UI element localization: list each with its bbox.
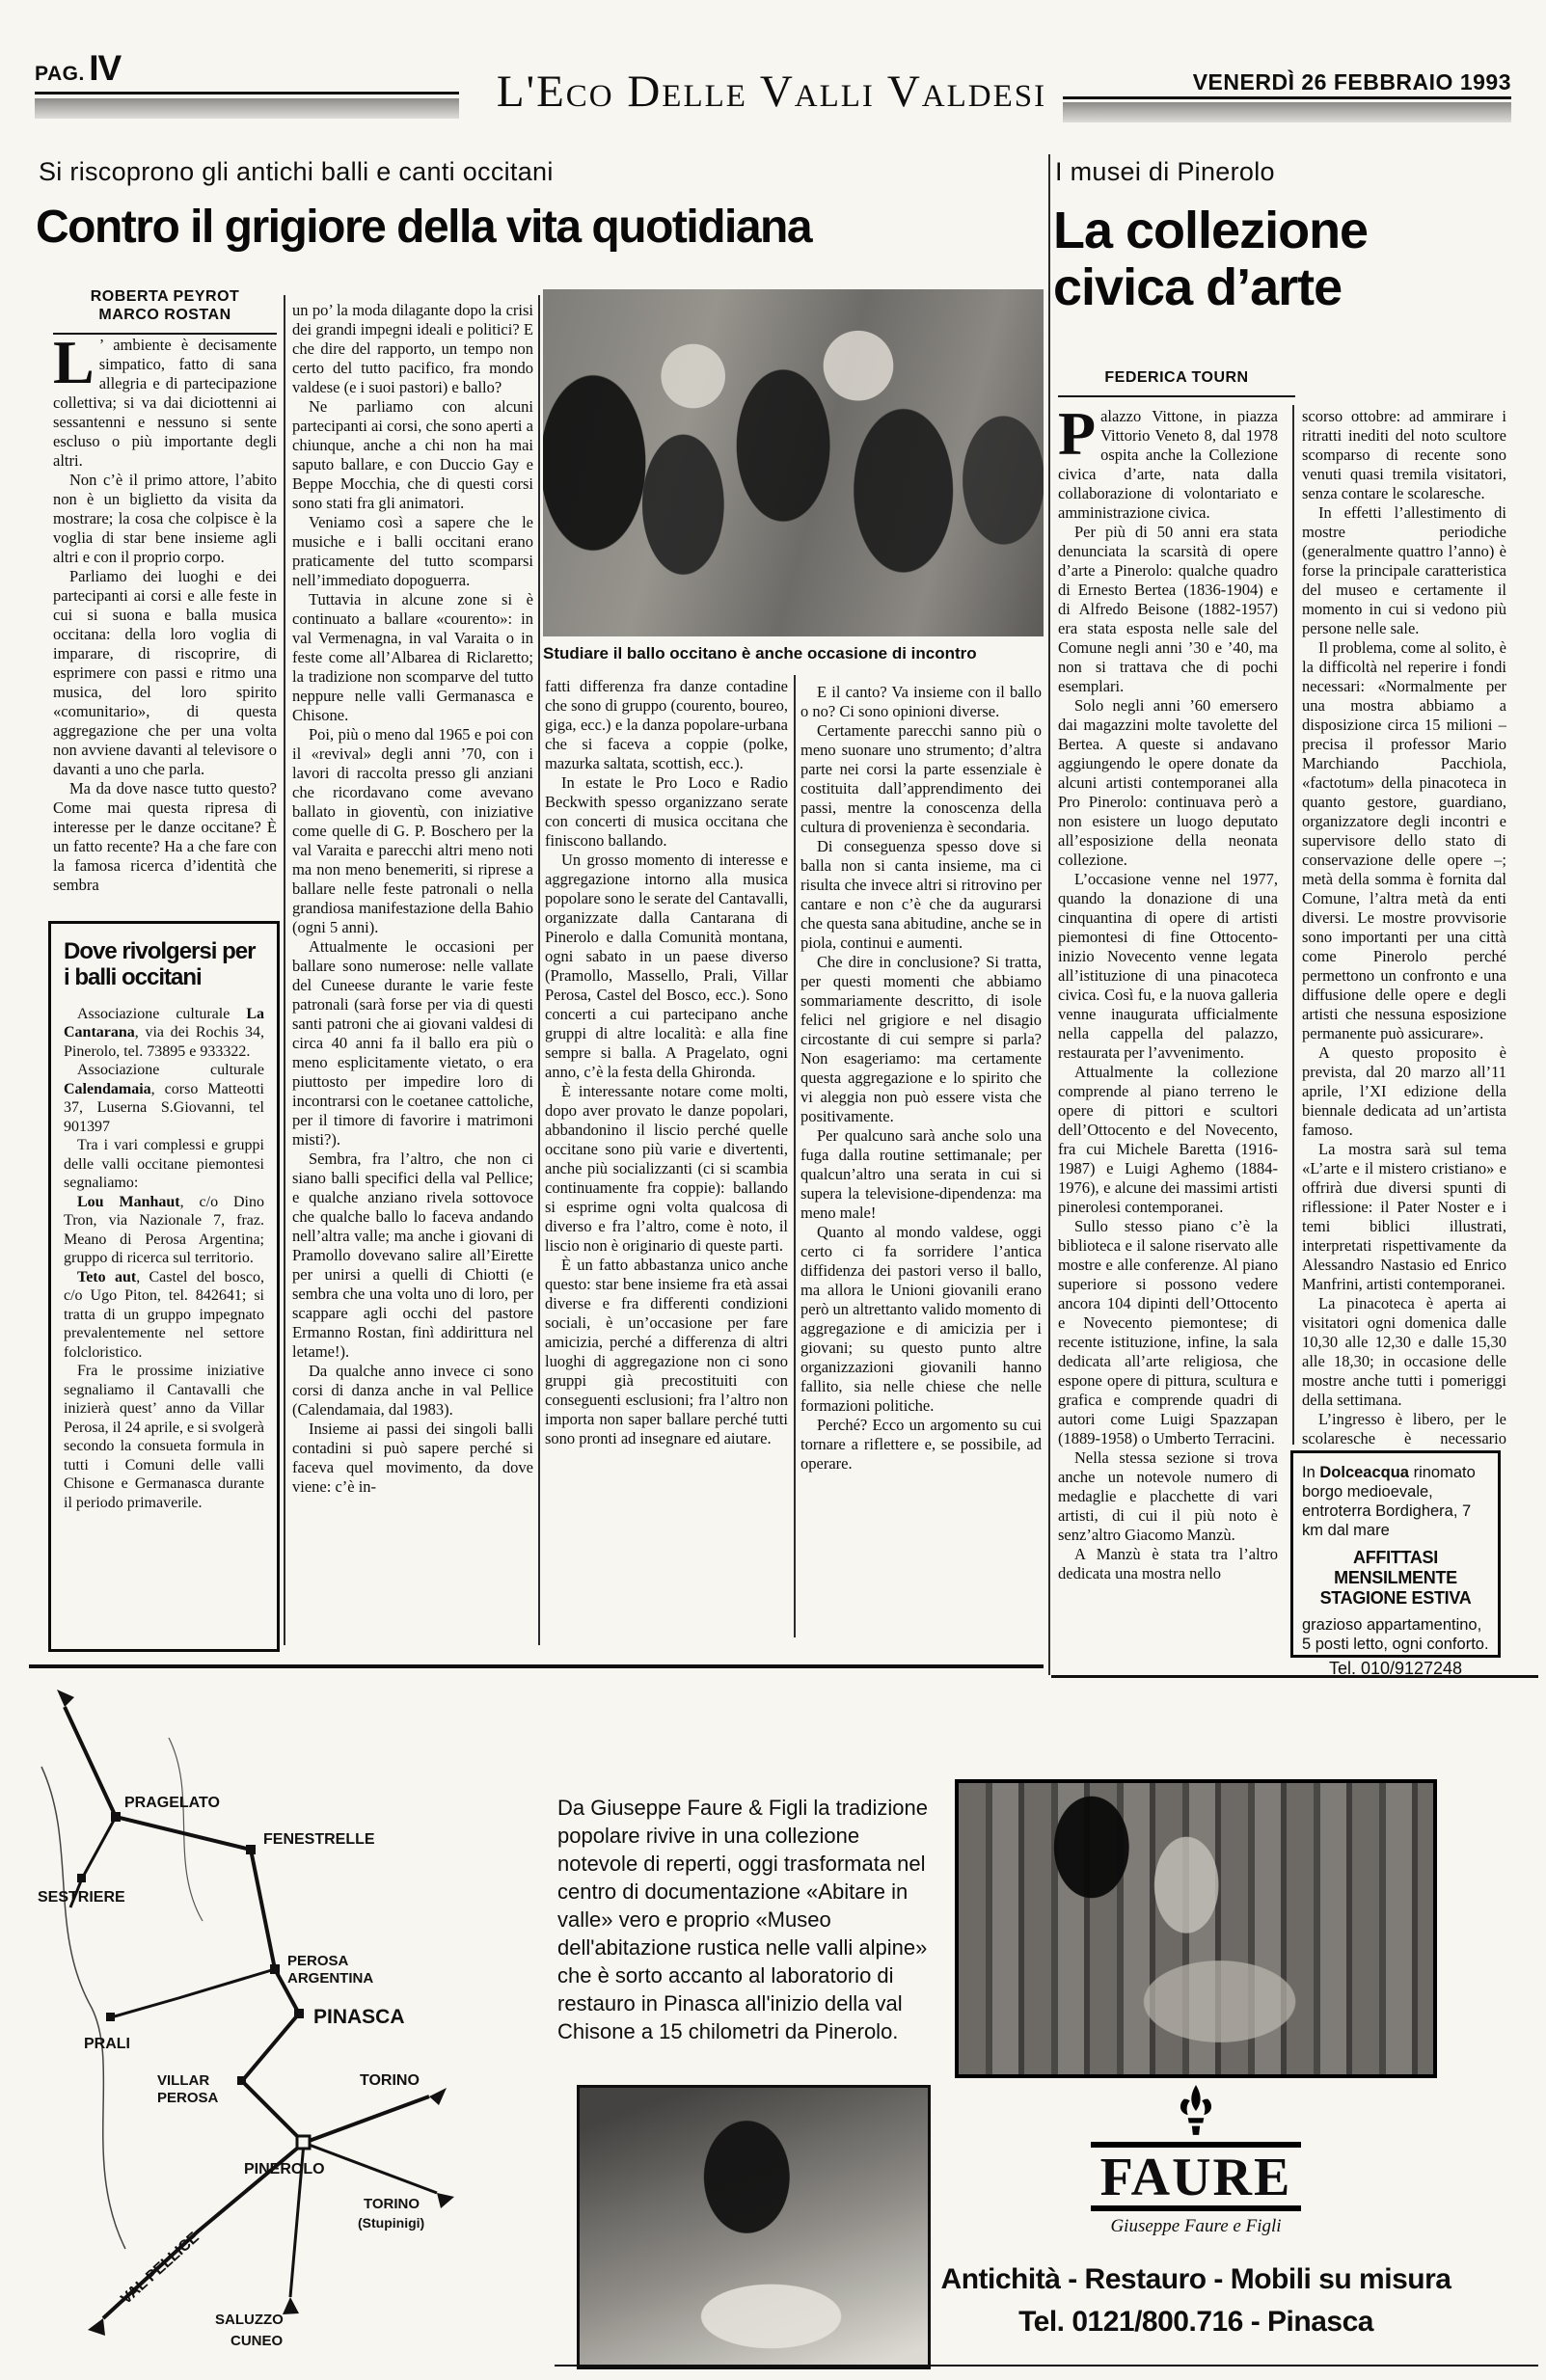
valleys-road-map: PRAGELATO SESTRIERE FENESTRELLE PEROSA A…: [24, 1680, 545, 2374]
paragraph: Ma da dove nasce tutto questo? Come mai …: [53, 779, 277, 895]
paragraph: Per più di 50 anni era stata denunciata …: [1058, 523, 1278, 696]
map-arrow: [88, 2318, 105, 2336]
column-divider: [538, 295, 540, 1645]
left-article-column-4: E il canto? Va insieme con il ballo o no…: [800, 683, 1042, 1636]
map-terrain-line: [41, 1767, 125, 2249]
map-label-pragelato: PRAGELATO: [124, 1795, 220, 1811]
header-rule-left: [35, 92, 459, 95]
map-label-prali: PRALI: [84, 2036, 130, 2052]
map-label-fenestrelle: FENESTRELLE: [263, 1831, 375, 1848]
right-article-column-2: scorso ottobre: ad ammirare i ritratti i…: [1302, 407, 1506, 1447]
classified-heading: AFFITTASI MENSILMENTE STAGIONE ESTIVA: [1302, 1548, 1489, 1609]
byline-author-2: MARCO ROSTAN: [53, 306, 277, 324]
paragraph: È interessante notare come molti, dopo a…: [545, 1082, 788, 1256]
classified-ad-dolceacqua: In Dolceacqua rinomato borgo medioevale,…: [1290, 1450, 1501, 1658]
article-divider: [1048, 154, 1050, 1675]
paragraph: A questo proposito è prevista, dal 20 ma…: [1302, 1043, 1506, 1140]
right-article-kicker: I musei di Pinerolo: [1055, 158, 1518, 187]
photo-furniture-restoration: [955, 1779, 1437, 2078]
left-article-column-2: un po’ la moda dilagante dopo la crisi d…: [292, 301, 533, 1647]
map-marker-perosa: [270, 1964, 280, 1974]
paragraph: L’occasione venne nel 1977, quando la do…: [1058, 870, 1278, 1063]
map-marker-pragelato: [111, 1812, 121, 1822]
sidebar-box-balli-occitani: Dove rivolgersi per i balli occitani Ass…: [48, 921, 280, 1652]
section-divider-right: [1051, 1675, 1538, 1678]
drop-cap: L: [53, 336, 99, 386]
paragraph: Tra i vari complessi e gruppi delle vall…: [64, 1136, 264, 1193]
faure-ad-text: Da Giuseppe Faure & Figli la tradizione …: [557, 1794, 937, 2045]
column-divider: [794, 675, 796, 1637]
lead-paragraph: Palazzo Vittone, in piazza Vittorio Vene…: [1058, 407, 1278, 523]
page-number-value: IV: [89, 48, 121, 88]
paragraph: Non c’è il primo attore, l’abito non è u…: [53, 471, 277, 567]
right-article-byline: FEDERICA TOURN: [1058, 368, 1295, 397]
paragraph: Lou Manhaut, c/o Dino Tron, via Nazional…: [64, 1193, 264, 1268]
map-label-val-pellice: VAL PELLICE: [118, 2230, 203, 2308]
map-label-villar-line1: VILLAR: [157, 2072, 209, 2089]
paragraph: Attualmente la collezione comprende al p…: [1058, 1063, 1278, 1217]
sidebar-box-title: Dove rivolgersi per i balli occitani: [64, 939, 264, 991]
paragraph: Solo negli anni ’60 emersero dai magazzi…: [1058, 696, 1278, 870]
photo-caption: Studiare il ballo occitano è anche occas…: [543, 644, 1044, 663]
paragraph: Associazione culturale La Cantarana, via…: [64, 1005, 264, 1062]
paragraph: Teto aut, Castel del bosco, c/o Ugo Pito…: [64, 1268, 264, 1363]
paragraph: In estate le Pro Loco e Radio Beckwith s…: [545, 773, 788, 851]
paragraph: In effetti l’allestimento di mostre peri…: [1302, 503, 1506, 638]
map-marker-pinerolo: [297, 2136, 310, 2149]
paragraph: Sembra, fra l’altro, che non ci siano ba…: [292, 1149, 533, 1362]
map-label-pinasca: PINASCA: [313, 2006, 405, 2028]
map-label-perosa-line2: ARGENTINA: [287, 1970, 373, 1987]
right-article-column-1: Palazzo Vittone, in piazza Vittorio Vene…: [1058, 407, 1278, 1661]
map-arrow: [437, 2193, 454, 2208]
lead-paragraph: L’ ambiente è decisamente simpatico, fat…: [53, 336, 277, 471]
paragraph: Nella stessa sezione si trova anche un n…: [1058, 1448, 1278, 1545]
paragraph: Associazione culturale Calendamaia, cors…: [64, 1061, 264, 1136]
drop-cap: P: [1058, 407, 1100, 457]
map-marker-villar-perosa: [237, 2076, 246, 2085]
paragraph: Attualmente le occasioni per ballare son…: [292, 937, 533, 1149]
faure-signature: Giuseppe Faure e Figli: [1046, 2216, 1345, 2237]
paragraph: Certamente parecchi sanno più o meno suo…: [800, 721, 1042, 837]
paragraph: La pinacoteca è aperta ai visitatori ogn…: [1302, 1294, 1506, 1410]
map-label-sestriere: SESTRIERE: [38, 1889, 125, 1906]
paragraph: Da qualche anno invece ci sono corsi di …: [292, 1362, 533, 1420]
paragraph: Fra le prossime iniziative segnaliamo il…: [64, 1362, 264, 1512]
sidebar-box-items: Associazione culturale La Cantarana, via…: [64, 1005, 264, 1513]
left-article-column-3: fatti differenza fra danze contadine che…: [545, 677, 788, 1603]
classified-heading-line1: AFFITTASI MENSILMENTE: [1302, 1548, 1489, 1588]
classified-body: grazioso appartamentino, 5 posti letto, …: [1302, 1615, 1489, 1654]
paragraph: Il problema, come al solito, è la diffic…: [1302, 638, 1506, 1043]
header-rule-right: [1063, 96, 1511, 99]
section-divider-left: [29, 1664, 1044, 1668]
map-label-villar-line2: PEROSA: [157, 2090, 219, 2106]
byline-author-1: ROBERTA PEYROT: [53, 287, 277, 306]
map-label-cuneo: CUNEO: [231, 2333, 284, 2349]
map-label-torino: TORINO: [360, 2072, 420, 2089]
faure-logo-word: FAURE: [1091, 2142, 1302, 2211]
paragraph: Per qualcuno sarà anche solo una fuga da…: [800, 1126, 1042, 1223]
map-marker-fenestrelle: [246, 1845, 256, 1854]
map-marker-pinasca: [294, 2009, 304, 2018]
fleur-de-lis-icon: [1176, 2083, 1216, 2137]
classified-heading-line2: STAGIONE ESTIVA: [1302, 1588, 1489, 1609]
paragraph: Insieme ai passi dei singoli balli conta…: [292, 1420, 533, 1497]
map-label-saluzzo: SALUZZO: [215, 2312, 284, 2328]
paragraph: Tuttavia in alcune zone si è continuato …: [292, 590, 533, 725]
faure-ad-contact: Antichità - Restauro - Mobili su misura …: [921, 2258, 1471, 2342]
left-article-kicker: Si riscoprono gli antichi balli e canti …: [39, 158, 733, 187]
paragraph: La mostra sarà sul tema «L’arte e il mis…: [1302, 1140, 1506, 1294]
paragraph: Che dire in conclusione? Si tratta, per …: [800, 953, 1042, 1126]
paragraph: un po’ la moda dilagante dopo la crisi d…: [292, 301, 533, 397]
header-band-right: [1063, 102, 1511, 122]
classified-lead: In Dolceacqua rinomato borgo medioevale,…: [1302, 1463, 1489, 1540]
left-article-column-1: L’ ambiente è decisamente simpatico, fat…: [53, 336, 277, 916]
paragraph: E il canto? Va insieme con il ballo o no…: [800, 683, 1042, 721]
paragraph: Veniamo così a sapere che le musiche e i…: [292, 513, 533, 590]
paragraph: È un fatto abbastanza unico anche questo…: [545, 1256, 788, 1448]
paragraph: L’ingresso è libero, per le scolaresche …: [1302, 1410, 1506, 1447]
paragraph: Un grosso momento di interesse e aggrega…: [545, 851, 788, 1082]
paragraph: Parliamo dei luoghi e dei partecipanti a…: [53, 567, 277, 779]
right-article-headline: La collezione civica d’arte: [1053, 203, 1458, 317]
map-arrow: [429, 2088, 447, 2105]
left-article-headline: Contro il grigiore della vita quotidiana: [36, 201, 1010, 254]
photo-woodworker: [577, 2085, 931, 2369]
page-number-label: PAG.: [35, 63, 85, 85]
issue-date: VENERDÌ 26 FEBBRAIO 1993: [1193, 69, 1511, 95]
map-road-torino: [304, 2096, 429, 2143]
column-paragraphs: Non c’è il primo attore, l’abito non è u…: [53, 471, 277, 895]
map-label-pinerolo: PINEROLO: [244, 2161, 325, 2177]
faure-logo-block: FAURE Giuseppe Faure e Figli: [1046, 2083, 1345, 2237]
column-paragraphs: Per più di 50 anni era stata denunciata …: [1058, 523, 1278, 1583]
faure-ad-services: Antichità - Restauro - Mobili su misura: [921, 2258, 1471, 2301]
paragraph: Sullo stesso piano c’è la biblioteca e i…: [1058, 1217, 1278, 1448]
paragraph: A Manzù è stata tra l’altro dedicata una…: [1058, 1545, 1278, 1583]
paragraph: Quanto al mondo valdese, oggi certo ci f…: [800, 1223, 1042, 1416]
column-divider: [284, 295, 285, 1645]
masthead-title: L'Eco Delle Valli Valdesi: [453, 69, 1090, 115]
map-road-prali: [111, 1969, 275, 2017]
map-label-stupinigi: (Stupinigi): [358, 2215, 424, 2231]
map-arrow: [57, 1690, 74, 1707]
map-label-perosa-line1: PEROSA: [287, 1953, 349, 1969]
newspaper-page: PAG. IV L'Eco Delle Valli Valdesi VENERD…: [0, 0, 1546, 2380]
left-article-byline: ROBERTA PEYROT MARCO ROSTAN: [53, 287, 277, 335]
paragraph: fatti differenza fra danze contadine che…: [545, 677, 788, 773]
photo-occitan-dance: [543, 289, 1044, 636]
map-label-torino2: TORINO: [364, 2196, 420, 2212]
column-divider: [1292, 405, 1294, 1445]
map-arrow: [283, 2297, 299, 2314]
paragraph: Ne parliamo con alcuni partecipanti ai c…: [292, 397, 533, 513]
paragraph: Poi, più o meno dal 1965 e poi con il «r…: [292, 725, 533, 937]
page-number: PAG. IV: [35, 48, 121, 89]
advert-bottom-rule: [555, 2365, 1538, 2366]
map-marker-sestriere: [77, 1874, 86, 1882]
header-band-left: [35, 98, 459, 119]
paragraph: Di conseguenza spesso dove si balla non …: [800, 837, 1042, 953]
paragraph: Perché? Ecco un argomento su cui tornare…: [800, 1416, 1042, 1474]
map-marker-prali: [106, 2013, 115, 2021]
faure-ad-phone: Tel. 0121/800.716 - Pinasca: [921, 2301, 1471, 2343]
paragraph: scorso ottobre: ad ammirare i ritratti i…: [1302, 407, 1506, 503]
